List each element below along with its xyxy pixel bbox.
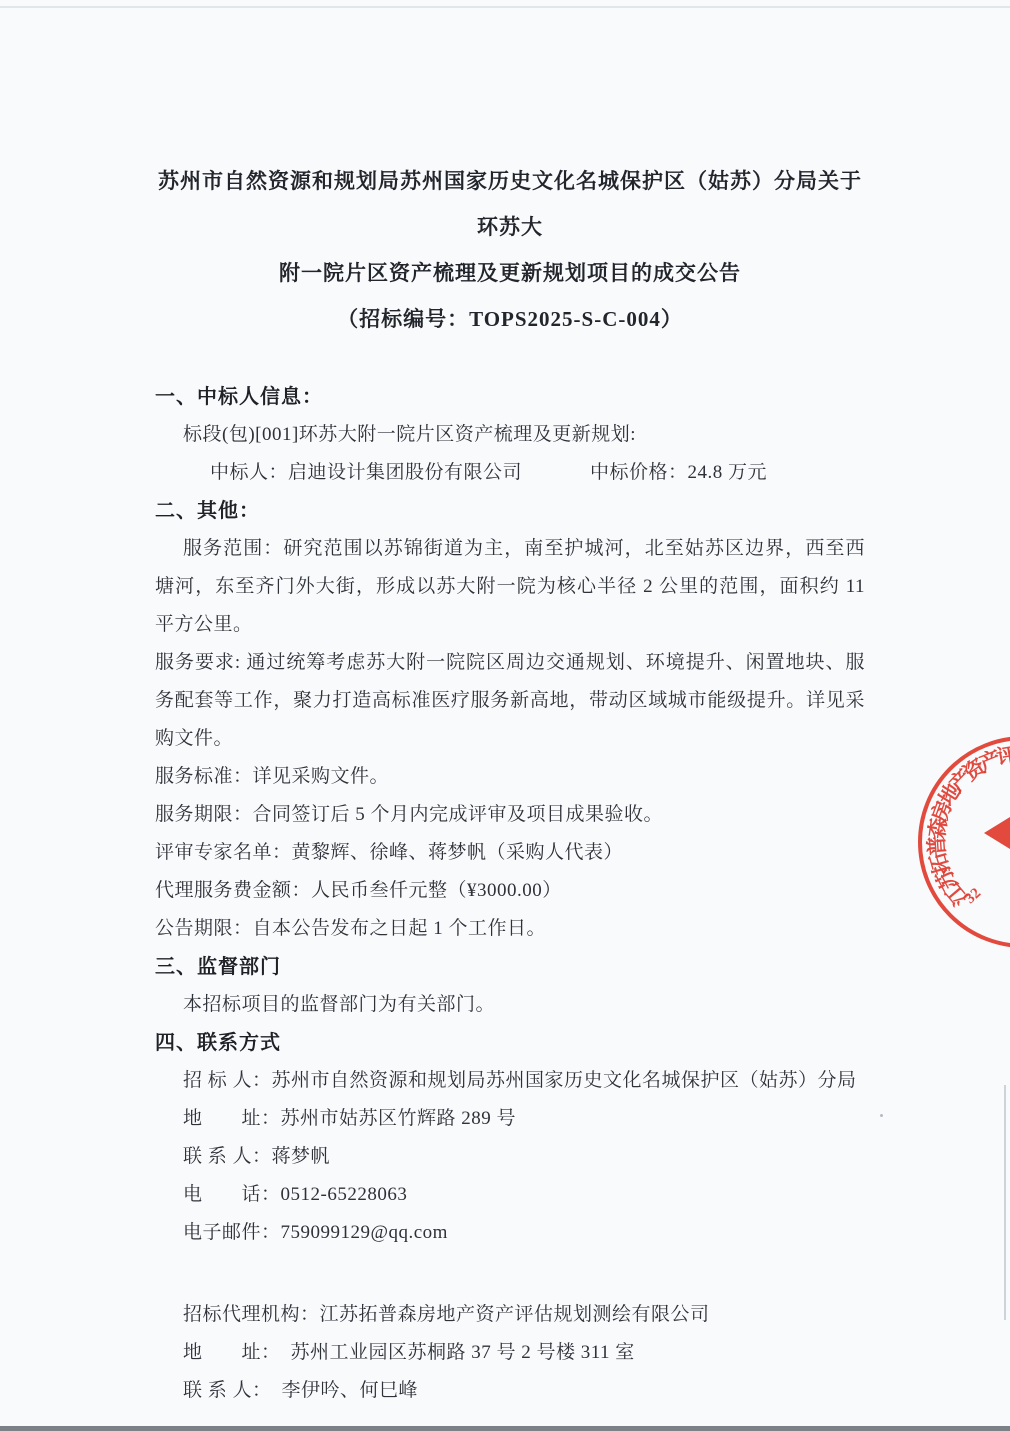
agency-contact-line: 联 系 人： 李伊吟、何巳峰 bbox=[155, 1372, 865, 1410]
tenderer-email-line: 电子邮件：759099129@qq.com bbox=[155, 1214, 865, 1252]
winner-name: 中标人：启迪设计集团股份有限公司 bbox=[210, 454, 522, 492]
service-term-line: 服务期限：合同签订后 5 个月内完成评审及项目成果验收。 bbox=[155, 796, 865, 834]
section2-heading: 二、其他： bbox=[155, 492, 865, 530]
supervision-line: 本招标项目的监督部门为有关部门。 bbox=[155, 986, 865, 1024]
service-requirement-paragraph: 服务要求: 通过统筹考虑苏大附一院院区周边交通规划、环境提升、闲置地块、服务配套… bbox=[155, 644, 865, 758]
tender-number-line: （招标编号：TOPS2025-S-C-004） bbox=[155, 296, 865, 342]
agency-address-line: 地 址： 苏州工业园区苏桐路 37 号 2 号楼 311 室 bbox=[155, 1334, 865, 1372]
scan-artifact-bottom-edge bbox=[0, 1426, 1010, 1431]
agency-name-line: 招标代理机构：江苏拓普森房地产资产评估规划测绘有限公司 bbox=[155, 1296, 865, 1334]
section1-heading: 一、中标人信息： bbox=[155, 378, 865, 416]
winner-line: 中标人：启迪设计集团股份有限公司 中标价格：24.8 万元 bbox=[155, 454, 865, 492]
service-standard-line: 服务标准：详见采购文件。 bbox=[155, 758, 865, 796]
tenderer-contact-line: 联 系 人：蒋梦帆 bbox=[155, 1138, 865, 1176]
section3-heading: 三、监督部门 bbox=[155, 948, 865, 986]
tenderer-address-line: 地 址：苏州市姑苏区竹辉路 289 号 bbox=[155, 1100, 865, 1138]
agency-fee-line: 代理服务费金额：人民币叁仟元整（¥3000.00） bbox=[155, 872, 865, 910]
lot-line: 标段(包)[001]环苏大附一院片区资产梳理及更新规划: bbox=[155, 416, 865, 454]
scan-artifact-right-line bbox=[1004, 1085, 1006, 1320]
winning-price: 中标价格：24.8 万元 bbox=[590, 454, 767, 492]
notice-period-line: 公告期限：自本公告发布之日起 1 个工作日。 bbox=[155, 910, 865, 948]
document-body: 苏州市自然资源和规划局苏州国家历史文化名城保护区（姑苏）分局关于环苏大 附一院片… bbox=[155, 158, 865, 1410]
scan-artifact-speck bbox=[880, 1114, 883, 1117]
section4-heading: 四、联系方式 bbox=[155, 1024, 865, 1062]
expert-list-line: 评审专家名单：黄黎辉、徐峰、蒋梦帆（采购人代表） bbox=[155, 834, 865, 872]
scanned-document-page: 苏州市自然资源和规划局苏州国家历史文化名城保护区（姑苏）分局关于环苏大 附一院片… bbox=[0, 0, 1010, 1431]
tenderer-phone-line: 电 话：0512-65228063 bbox=[155, 1176, 865, 1214]
tenderer-name-line: 招 标 人：苏州市自然资源和规划局苏州国家历史文化名城保护区（姑苏）分局 bbox=[155, 1062, 865, 1100]
service-scope-paragraph: 服务范围：研究范围以苏锦街道为主，南至护城河，北至姑苏区边界，西至西塘河，东至齐… bbox=[155, 530, 865, 644]
document-title-line-2: 附一院片区资产梳理及更新规划项目的成交公告 bbox=[155, 250, 865, 296]
document-title-line-1: 苏州市自然资源和规划局苏州国家历史文化名城保护区（姑苏）分局关于环苏大 bbox=[155, 158, 865, 250]
scan-artifact-top-edge bbox=[0, 6, 1010, 8]
